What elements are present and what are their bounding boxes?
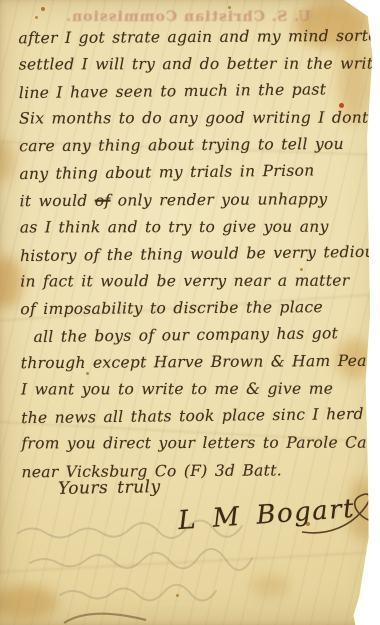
aged-paper-sheet: U. S. Christian Commission. after I got … (0, 0, 380, 625)
letter-line: after I got strate again and my mind sor… (18, 23, 368, 53)
foxing-spot (41, 7, 45, 11)
foxing-spot (176, 594, 179, 597)
letter-line-with-strikethrough: it would of only render you unhappy (20, 185, 370, 215)
letter-line: any thing about my trials in Prison (19, 157, 369, 188)
partial-writing-at-edge (60, 612, 150, 624)
signature: L M Bogart (177, 494, 356, 536)
letter-line: history of the thing would be verry tedi… (20, 239, 370, 270)
letter-line: all the boys of our company has got (33, 320, 370, 351)
letter-line: Six months to do any good writing I dont (19, 105, 369, 133)
stain (0, 256, 22, 308)
scanned-letter-page: U. S. Christian Commission. after I got … (0, 0, 380, 625)
letter-line: line I have seen to much in the past (19, 76, 369, 107)
struck-word: of (95, 191, 111, 209)
letter-line: of imposability to discribe the place (20, 294, 370, 324)
paper-crease (0, 547, 380, 575)
letter-line: as I think and to try to give you any (20, 213, 370, 241)
letter-line: in fact it would be verry near a matter (20, 267, 370, 295)
letter-line: the news all thats took place sinc I her… (21, 401, 371, 432)
letter-line: from you direct your letters to Parole C… (21, 430, 371, 458)
stain (0, 140, 14, 182)
letter-line: through except Harve Brown & Ham Pearson (21, 348, 371, 378)
letter-closing: Yours truly (58, 477, 161, 499)
letter-line: settled I will try and do better in the … (19, 51, 369, 79)
letter-body: after I got strate again and my mind sor… (18, 23, 371, 486)
letter-line: I want you to write to me & give me (21, 376, 371, 404)
stain (250, 575, 290, 597)
letter-line: care any thing about trying to tell you (19, 131, 369, 161)
stain (0, 585, 58, 619)
foxing-spot (35, 16, 38, 19)
